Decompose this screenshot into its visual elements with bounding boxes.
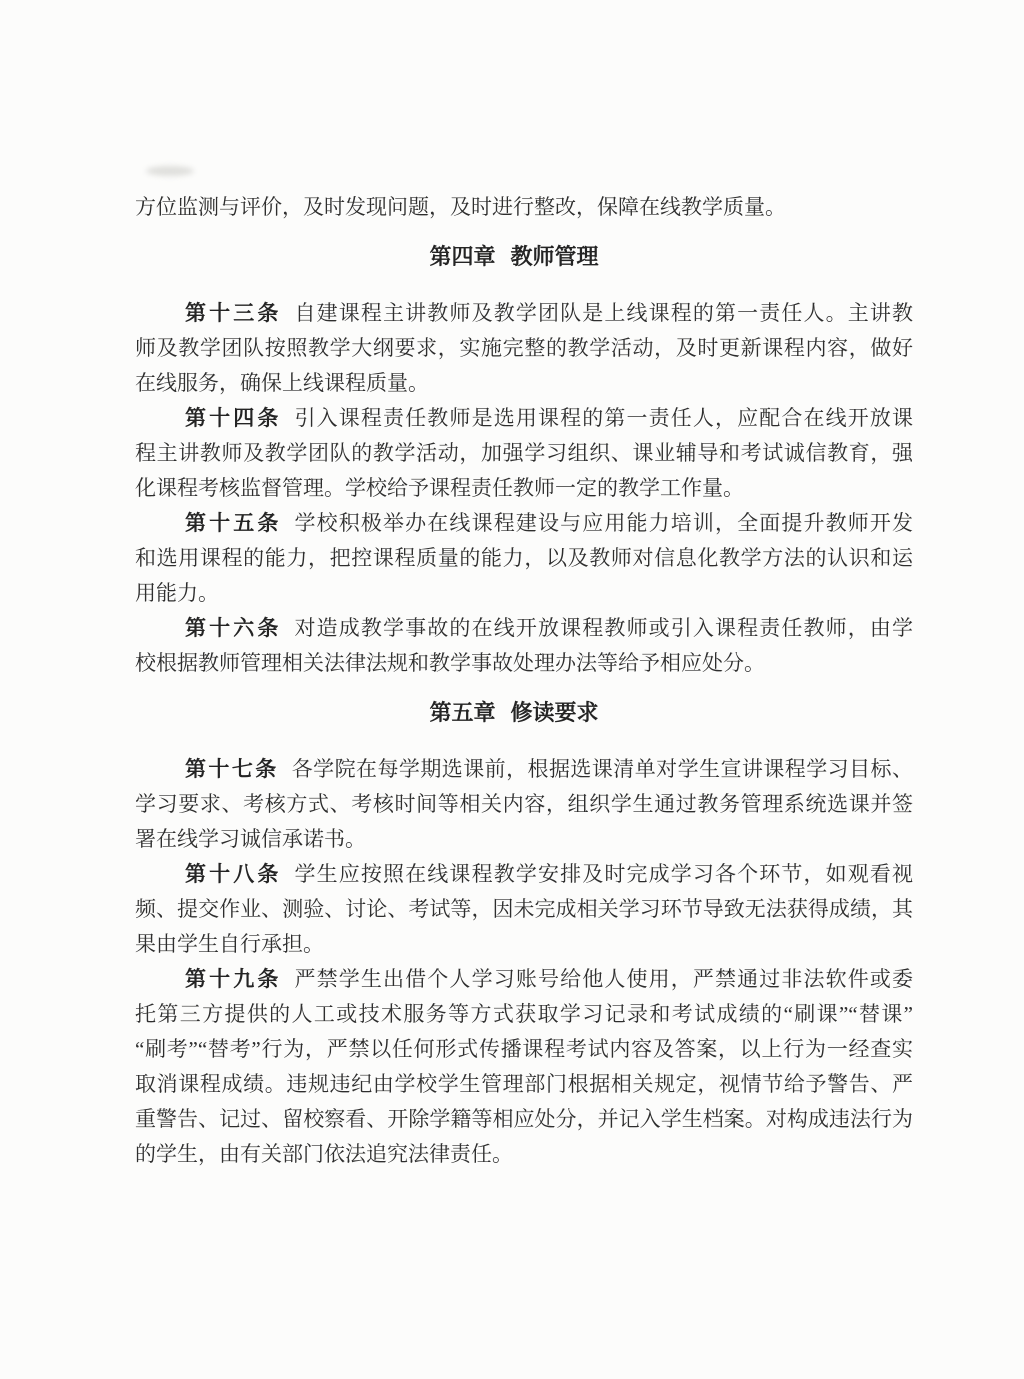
text-line: 化课程考核监督管理。学校给予课程责任教师一定的教学工作量。 xyxy=(135,471,913,506)
text-line: 第十七条各学院在每学期选课前，根据选课清单对学生宣讲课程学习目标、 xyxy=(135,752,913,787)
text-line: 程主讲教师及教学团队的教学活动，加强学习组织、课业辅导和考试诚信教育，强 xyxy=(135,436,913,471)
article-text: 引入课程责任教师是选用课程的第一责任人，应配合在线开放课 xyxy=(295,406,913,430)
text-line: 的学生，由有关部门依法追究法律责任。 xyxy=(135,1137,913,1172)
article-text: 各学院在每学期选课前，根据选课清单对学生宣讲课程学习目标、 xyxy=(292,757,913,781)
text-line: 重警告、记过、留校察看、开除学籍等相应处分，并记入学生档案。对构成违法行为 xyxy=(135,1102,913,1137)
text-line: 托第三方提供的人工或技术服务等方式获取学习记录和考试成绩的“刷课”“替课” xyxy=(135,997,913,1032)
chapter-title: 教师管理 xyxy=(511,244,599,269)
article-paragraph: 第十七条各学院在每学期选课前，根据选课清单对学生宣讲课程学习目标、学习要求、考核… xyxy=(135,752,913,857)
article-text: 对造成教学事故的在线开放课程教师或引入课程责任教师，由学 xyxy=(295,616,913,640)
text-line: 师及教学团队按照教学大纲要求，实施完整的教学活动，及时更新课程内容，做好 xyxy=(135,331,913,366)
text-line: 在线服务，确保上线课程质量。 xyxy=(135,366,913,401)
chapter-title: 修读要求 xyxy=(511,700,599,725)
article-text: 严禁学生出借个人学习账号给他人使用，严禁通过非法软件或委 xyxy=(295,967,913,991)
article-number: 第十三条 xyxy=(185,302,282,325)
text-line: 第十六条对造成教学事故的在线开放课程教师或引入课程责任教师，由学 xyxy=(135,611,913,646)
text-line: 第十八条学生应按照在线课程教学安排及时完成学习各个环节，如观看视 xyxy=(135,857,913,892)
text-line: 学习要求、考核方式、考核时间等相关内容，组织学生通过教务管理系统选课并签 xyxy=(135,787,913,822)
text-line: 署在线学习诚信承诺书。 xyxy=(135,822,913,857)
text-line: 用能力。 xyxy=(135,576,913,611)
article-number: 第十六条 xyxy=(185,617,282,640)
article-paragraph: 第十六条对造成教学事故的在线开放课程教师或引入课程责任教师，由学校根据教师管理相… xyxy=(135,611,913,681)
article-paragraph: 第十五条学校积极举办在线课程建设与应用能力培训，全面提升教师开发和选用课程的能力… xyxy=(135,506,913,611)
chapter-heading: 第五章修读要求 xyxy=(125,695,903,730)
article-text: 学校积极举办在线课程建设与应用能力培训，全面提升教师开发 xyxy=(295,511,913,535)
article-paragraph: 第十八条学生应按照在线课程教学安排及时完成学习各个环节，如观看视频、提交作业、测… xyxy=(135,857,913,962)
article-paragraph: 第十四条引入课程责任教师是选用课程的第一责任人，应配合在线开放课程主讲教师及教学… xyxy=(135,401,913,506)
chapter-number: 第四章 xyxy=(429,244,495,269)
paragraph-continuation: 方位监测与评价，及时发现问题，及时进行整改，保障在线教学质量。 xyxy=(135,190,913,225)
scanned-document-page: 方位监测与评价，及时发现问题，及时进行整改，保障在线教学质量。 第四章教师管理第… xyxy=(0,0,1024,1379)
article-text: 自建课程主讲教师及教学团队是上线课程的第一责任人。主讲教 xyxy=(295,301,913,325)
text-line: 果由学生自行承担。 xyxy=(135,927,913,962)
article-paragraph: 第十三条自建课程主讲教师及教学团队是上线课程的第一责任人。主讲教师及教学团队按照… xyxy=(135,296,913,401)
scan-smudge-artifact xyxy=(146,166,194,176)
document-content: 方位监测与评价，及时发现问题，及时进行整改，保障在线教学质量。 第四章教师管理第… xyxy=(135,190,913,1172)
article-text: 学生应按照在线课程教学安排及时完成学习各个环节，如观看视 xyxy=(295,862,913,886)
article-number: 第十五条 xyxy=(185,512,282,535)
article-number: 第十八条 xyxy=(185,863,282,886)
text-line: 和选用课程的能力，把控课程质量的能力，以及教师对信息化教学方法的认识和运 xyxy=(135,541,913,576)
article-number: 第十九条 xyxy=(185,968,282,991)
text-line: 第十四条引入课程责任教师是选用课程的第一责任人，应配合在线开放课 xyxy=(135,401,913,436)
text-line: 第十五条学校积极举办在线课程建设与应用能力培训，全面提升教师开发 xyxy=(135,506,913,541)
text-line: 第十九条严禁学生出借个人学习账号给他人使用，严禁通过非法软件或委 xyxy=(135,962,913,997)
text-line: “刷考”“替考”行为，严禁以任何形式传播课程考试内容及答案，以上行为一经查实 xyxy=(135,1032,913,1067)
article-paragraph: 第十九条严禁学生出借个人学习账号给他人使用，严禁通过非法软件或委托第三方提供的人… xyxy=(135,962,913,1172)
chapter-number: 第五章 xyxy=(429,700,495,725)
article-number: 第十七条 xyxy=(185,758,279,781)
text-line: 频、提交作业、测验、讨论、考试等，因未完成相关学习环节导致无法获得成绩，其后 xyxy=(135,892,913,927)
article-number: 第十四条 xyxy=(185,407,282,430)
text-line: 第十三条自建课程主讲教师及教学团队是上线课程的第一责任人。主讲教 xyxy=(135,296,913,331)
chapter-heading: 第四章教师管理 xyxy=(125,239,903,274)
text-line: 取消课程成绩。违规违纪由学校学生管理部门根据相关规定，视情节给予警告、严 xyxy=(135,1067,913,1102)
text-line: 校根据教师管理相关法律法规和教学事故处理办法等给予相应处分。 xyxy=(135,646,913,681)
